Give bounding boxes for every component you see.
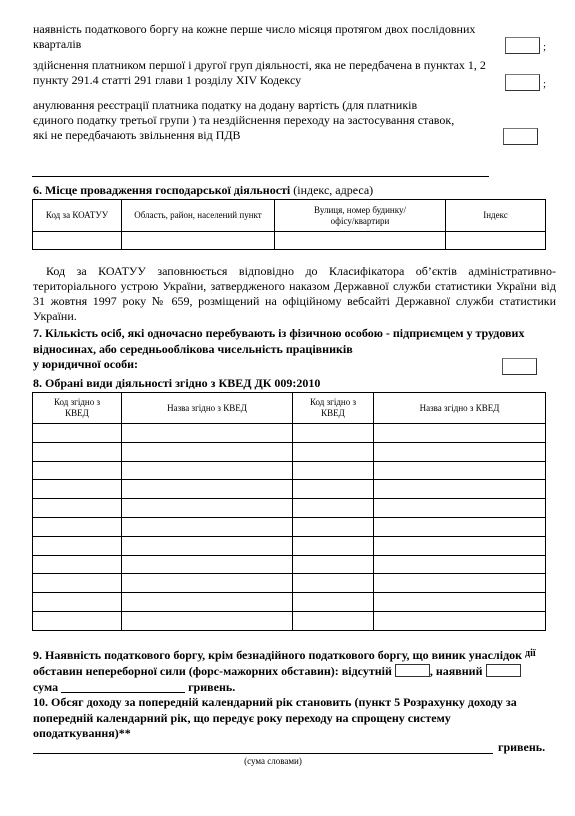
section-9: 9. Наявність податкового боргу, крім без… <box>33 646 573 695</box>
debt-absent-checkbox[interactable] <box>395 664 430 677</box>
location-table-header: Код за КОАТУУ Область, район, населений … <box>33 200 546 232</box>
table-row <box>33 611 546 630</box>
kved-name-cell[interactable] <box>122 499 293 518</box>
section-10-title: 10. Обсяг доходу за попередній календарн… <box>33 695 553 742</box>
kved-name-cell[interactable] <box>374 461 546 480</box>
condition-3-line-1: анулювання реєстрації платника податку н… <box>33 98 503 113</box>
condition-3-line-3: які не передбачають звільнення від ПДВ <box>33 128 503 143</box>
kved-code-cell[interactable] <box>33 442 122 461</box>
header-kved-code-1: Код згідно з КВЕД <box>33 393 122 424</box>
kved-code-cell[interactable] <box>33 499 122 518</box>
condition-3-line-2: єдиного податку третьої групи ) та незді… <box>33 113 503 128</box>
condition-2-line-2: пункту 291.4 статті 291 глави 1 розділу … <box>33 73 503 88</box>
section-10-line-2: попередній календарний рік, що передує р… <box>33 711 553 727</box>
kved-name-cell[interactable] <box>122 574 293 593</box>
header-koatuu: Код за КОАТУУ <box>33 200 122 232</box>
koatuu-note-line-2: територіального устрою України, затвердж… <box>33 279 556 294</box>
kved-name-cell[interactable] <box>374 424 546 443</box>
header-index: Індекс <box>446 200 546 232</box>
section-9-line-1-text: 9. Наявність податкового боргу, крім без… <box>33 648 522 662</box>
section-7-line-3: у юридичної особи: <box>33 357 553 373</box>
employee-count-field[interactable] <box>502 358 537 375</box>
kved-code-cell[interactable] <box>293 424 374 443</box>
table-row <box>33 555 546 574</box>
kved-code-cell[interactable] <box>33 555 122 574</box>
kved-code-cell[interactable] <box>293 480 374 499</box>
kved-code-cell[interactable] <box>33 461 122 480</box>
section-6-title-bold: 6. Місце провадження господарської діяль… <box>33 183 290 197</box>
section-6-title: 6. Місце провадження господарської діяль… <box>33 183 553 198</box>
table-row <box>33 593 546 612</box>
kved-code-cell[interactable] <box>293 536 374 555</box>
kved-name-cell[interactable] <box>374 555 546 574</box>
section-9-line-1: 9. Наявність податкового боргу, крім без… <box>33 646 573 663</box>
kved-name-cell[interactable] <box>122 461 293 480</box>
kved-code-cell[interactable] <box>293 442 374 461</box>
table-row <box>33 232 546 250</box>
kved-name-cell[interactable] <box>122 555 293 574</box>
separator-line <box>32 176 489 177</box>
kved-code-cell[interactable] <box>33 517 122 536</box>
table-row <box>33 442 546 461</box>
location-table: Код за КОАТУУ Область, район, населений … <box>32 199 546 250</box>
condition-2-suffix: ; <box>543 77 546 92</box>
kved-code-cell[interactable] <box>293 593 374 612</box>
condition-1-line-2: кварталів <box>33 37 503 52</box>
kved-code-cell[interactable] <box>293 574 374 593</box>
debt-present-checkbox[interactable] <box>486 664 521 677</box>
kved-name-cell[interactable] <box>374 593 546 612</box>
condition-2-checkbox[interactable] <box>505 74 540 91</box>
kved-code-cell[interactable] <box>33 574 122 593</box>
header-street: Вулиця, номер будинку/офісу/квартири <box>275 200 446 232</box>
header-region: Область, район, населений пункт <box>122 200 275 232</box>
kved-code-cell[interactable] <box>293 499 374 518</box>
kved-code-cell[interactable] <box>293 611 374 630</box>
debt-sum-label: сума <box>33 680 58 694</box>
index-cell[interactable] <box>446 232 546 250</box>
section-8-title: 8. Обрані види діяльності згідно з КВЕД … <box>33 376 553 391</box>
kved-code-cell[interactable] <box>33 593 122 612</box>
table-row <box>33 536 546 555</box>
table-row <box>33 461 546 480</box>
condition-3-checkbox[interactable] <box>503 128 538 145</box>
kved-name-cell[interactable] <box>122 536 293 555</box>
kved-code-cell[interactable] <box>293 517 374 536</box>
kved-name-cell[interactable] <box>374 517 546 536</box>
kved-name-cell[interactable] <box>374 536 546 555</box>
kved-name-cell[interactable] <box>374 611 546 630</box>
table-row <box>33 517 546 536</box>
income-amount-field[interactable] <box>33 740 493 754</box>
table-row <box>33 424 546 443</box>
condition-2-text: здійснення платником першої і другої гру… <box>33 58 503 88</box>
section-6-title-note: (індекс, адреса) <box>290 183 373 197</box>
section-7-title: 7. Кількість осіб, які одночасно перебув… <box>33 326 553 373</box>
kved-name-cell[interactable] <box>122 480 293 499</box>
table-row <box>33 574 546 593</box>
kved-name-cell[interactable] <box>122 593 293 612</box>
condition-3-text: анулювання реєстрації платника податку н… <box>33 98 503 143</box>
section-9-line-3: сума гривень. <box>33 679 573 695</box>
header-kved-name-1: Назва згідно з КВЕД <box>122 393 293 424</box>
section-10-line-1: 10. Обсяг доходу за попередній календарн… <box>33 695 553 711</box>
kved-table: Код згідно з КВЕД Назва згідно з КВЕД Ко… <box>32 392 546 631</box>
kved-code-cell[interactable] <box>33 424 122 443</box>
kved-code-cell[interactable] <box>33 480 122 499</box>
condition-1-line-1: наявність податкового боргу на кожне пер… <box>33 22 503 37</box>
kved-name-cell[interactable] <box>374 499 546 518</box>
region-cell[interactable] <box>122 232 275 250</box>
kved-code-cell[interactable] <box>33 611 122 630</box>
income-currency: гривень. <box>498 740 545 755</box>
kved-name-cell[interactable] <box>374 480 546 499</box>
kved-name-cell[interactable] <box>122 442 293 461</box>
header-kved-name-2: Назва згідно з КВЕД <box>374 393 546 424</box>
condition-1-text: наявність податкового боргу на кожне пер… <box>33 22 503 52</box>
section-7-line-2: відносинах, або середньооблікова чисельн… <box>33 342 553 358</box>
koatuu-cell[interactable] <box>33 232 122 250</box>
kved-name-cell[interactable] <box>122 424 293 443</box>
koatuu-note-line-1: Код за КОАТУУ заповнюється відповідно до… <box>33 264 556 279</box>
kved-code-cell[interactable] <box>293 555 374 574</box>
kved-name-cell[interactable] <box>374 442 546 461</box>
condition-1-suffix: ; <box>543 40 546 55</box>
kved-table-header: Код згідно з КВЕД Назва згідно з КВЕД Ко… <box>33 393 546 424</box>
street-cell[interactable] <box>275 232 446 250</box>
debt-sum-currency: гривень. <box>188 680 235 694</box>
section-9-line-2: обставин непереборної сили (форс-мажорни… <box>33 663 573 679</box>
debt-sum-field[interactable] <box>61 680 185 693</box>
table-row <box>33 480 546 499</box>
header-kved-code-2: Код згідно з КВЕД <box>293 393 374 424</box>
income-caption: (сума словами) <box>33 756 513 767</box>
section-7-line-1: 7. Кількість осіб, які одночасно перебув… <box>33 326 553 342</box>
kved-name-cell[interactable] <box>122 611 293 630</box>
koatuu-note-line-4: України. <box>33 309 556 324</box>
condition-1-checkbox[interactable] <box>505 37 540 54</box>
kved-name-cell[interactable] <box>122 517 293 536</box>
table-row <box>33 499 546 518</box>
kved-code-cell[interactable] <box>293 461 374 480</box>
koatuu-note: Код за КОАТУУ заповнюється відповідно до… <box>33 264 556 324</box>
kved-code-cell[interactable] <box>33 536 122 555</box>
condition-2-line-1: здійснення платником першої і другої гру… <box>33 58 503 73</box>
debt-absent-label: обставин непереборної сили (форс-мажорни… <box>33 664 392 678</box>
debt-present-label: , наявний <box>430 664 483 678</box>
koatuu-note-line-3: 31 жовтня 1997 року № 659, розміщений на… <box>33 294 556 309</box>
kved-name-cell[interactable] <box>374 574 546 593</box>
section-9-line-1-tail: дії <box>525 648 536 659</box>
